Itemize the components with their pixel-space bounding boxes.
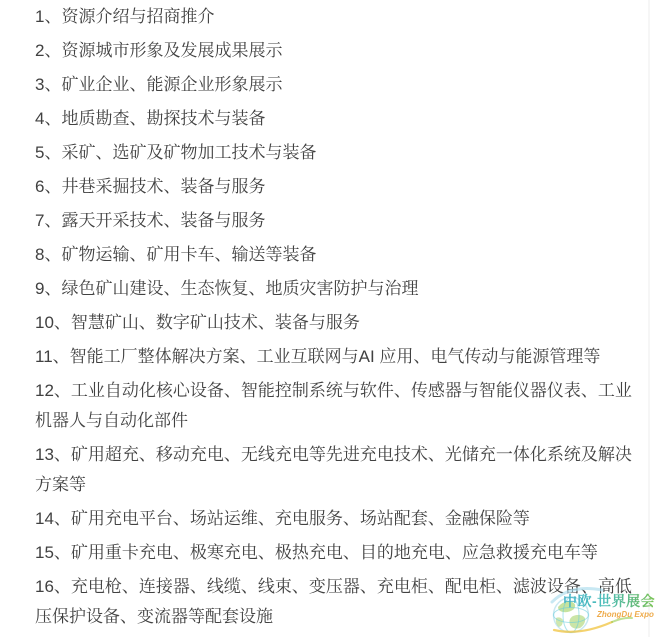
list-item: 4、地质勘查、勘探技术与装备	[35, 104, 635, 134]
content-right-border	[648, 0, 650, 637]
list-item: 6、井巷采掘技术、装备与服务	[35, 172, 635, 202]
list-item: 13、矿用超充、移动充电、无线充电等先进充电技术、光储充一体化系统及解决方案等	[35, 440, 635, 500]
list-item: 1、资源介绍与招商推介	[35, 2, 635, 32]
list-item: 8、矿物运输、矿用卡车、输送等装备	[35, 240, 635, 270]
exhibit-category-list: 1、资源介绍与招商推介2、资源城市形象及发展成果展示3、矿业企业、能源企业形象展…	[35, 2, 635, 636]
list-item: 3、矿业企业、能源企业形象展示	[35, 70, 635, 100]
list-item: 10、智慧矿山、数字矿山技术、装备与服务	[35, 308, 635, 338]
list-item: 11、智能工厂整体解决方案、工业互联网与AI 应用、电气传动与能源管理等	[35, 342, 635, 372]
list-item: 2、资源城市形象及发展成果展示	[35, 36, 635, 66]
list-item: 7、露天开采技术、装备与服务	[35, 206, 635, 236]
list-item: 12、工业自动化核心设备、智能控制系统与软件、传感器与智能仪器仪表、工业机器人与…	[35, 376, 635, 436]
list-item: 9、绿色矿山建设、生态恢复、地质灾害防护与治理	[35, 274, 635, 304]
list-item: 14、矿用充电平台、场站运维、充电服务、场站配套、金融保险等	[35, 504, 635, 534]
list-item: 5、采矿、选矿及矿物加工技术与装备	[35, 138, 635, 168]
list-item: 16、充电枪、连接器、线缆、线束、变压器、充电柜、配电柜、滤波设备、高低压保护设…	[35, 572, 635, 632]
list-item: 15、矿用重卡充电、极寒充电、极热充电、目的地充电、应急救援充电车等	[35, 538, 635, 568]
